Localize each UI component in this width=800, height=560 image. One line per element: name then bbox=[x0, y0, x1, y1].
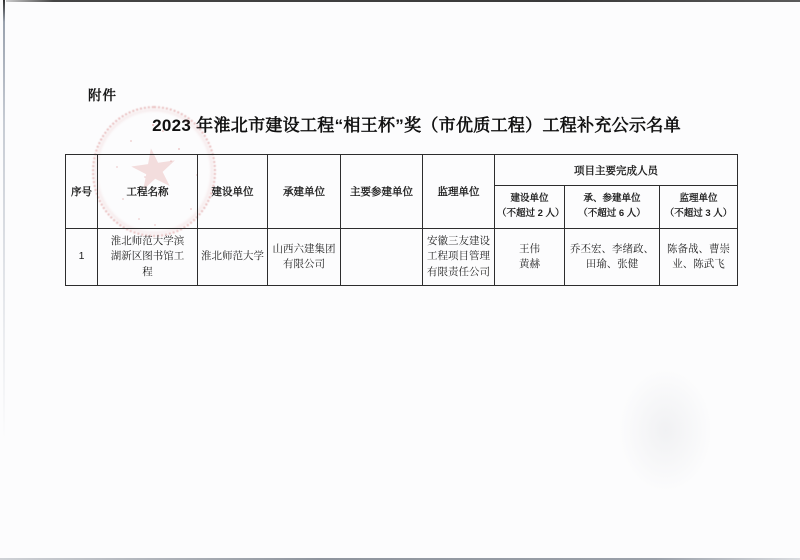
subheader-contractor-staff: 承、参建单位 （不超过 6 人） bbox=[565, 186, 660, 229]
cell-contractor: 山西六建集团 有限公司 bbox=[268, 229, 341, 286]
header-contractor: 承建单位 bbox=[268, 155, 341, 229]
cell-construction-unit: 淮北师范大学 bbox=[198, 229, 268, 286]
table-row: 1 淮北师范大学滨 湖新区图书馆工 程 淮北师范大学 山西六建集团 有限公司 安… bbox=[66, 229, 738, 286]
header-seq: 序号 bbox=[66, 155, 98, 229]
scan-edge-left bbox=[3, 0, 5, 440]
scan-smudge bbox=[618, 368, 713, 493]
cell-staff-construction: 王伟 黄赫 bbox=[495, 229, 565, 286]
subheader-construction-unit-staff: 建设单位 （不超过 2 人） bbox=[495, 186, 565, 229]
cell-supervision-unit: 安徽三友建设 工程项目管理 有限责任公司 bbox=[423, 229, 495, 286]
cell-seq: 1 bbox=[66, 229, 98, 286]
header-group-completion-staff: 项目主要完成人员 bbox=[495, 155, 738, 186]
attachment-label: 附件 bbox=[88, 84, 117, 104]
scanned-document-page: 附件 2023 年淮北市建设工程“相王杯”奖（市优质工程）工程补充公示名单 序号… bbox=[0, 0, 800, 560]
table-header-row-1: 序号 工程名称 建设单位 承建单位 主要参建单位 监理单位 项目主要完成人员 bbox=[66, 155, 738, 186]
award-projects-table: 序号 工程名称 建设单位 承建单位 主要参建单位 监理单位 项目主要完成人员 建… bbox=[65, 154, 738, 286]
scan-edge-top bbox=[6, 0, 800, 2]
header-construction-unit: 建设单位 bbox=[198, 155, 268, 229]
subheader-supervision-staff: 监理单位 （不超过 3 人） bbox=[660, 186, 738, 229]
cell-main-participants bbox=[341, 229, 423, 286]
cell-staff-contractor: 乔丕宏、李绪政、 田瑜、张健 bbox=[565, 229, 660, 286]
document-title: 2023 年淮北市建设工程“相王杯”奖（市优质工程）工程补充公示名单 bbox=[33, 111, 800, 136]
header-project-name: 工程名称 bbox=[98, 155, 198, 229]
header-main-participants: 主要参建单位 bbox=[341, 155, 423, 229]
cell-project-name: 淮北师范大学滨 湖新区图书馆工 程 bbox=[98, 229, 198, 286]
cell-staff-supervision: 陈备战、曹崇 业、陈武飞 bbox=[660, 229, 738, 286]
header-supervision-unit: 监理单位 bbox=[423, 155, 495, 229]
